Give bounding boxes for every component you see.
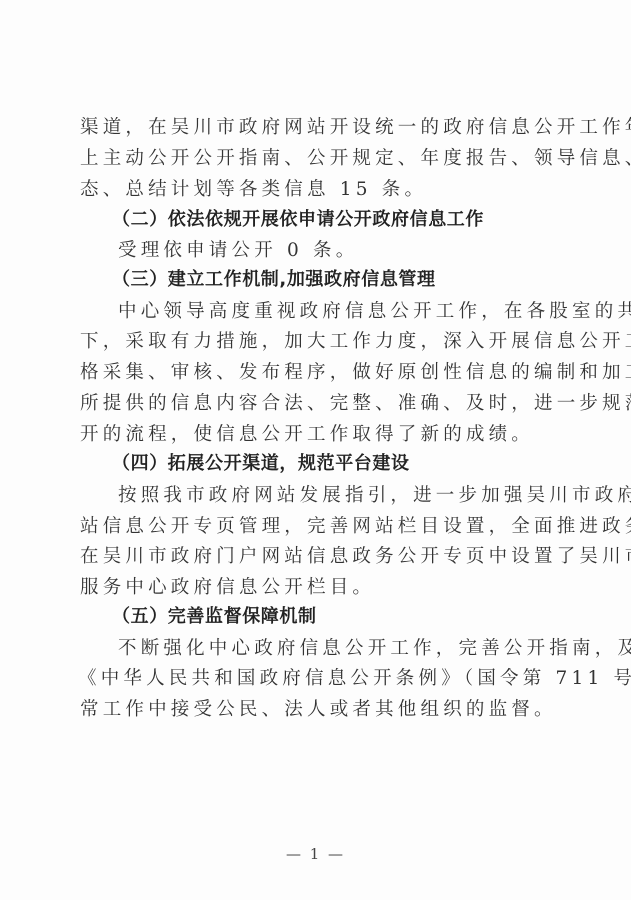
paragraph-line: 常工作中接受公民、法人或者其他组织的监督。 <box>80 698 562 722</box>
paragraph-line: 格采集、审核、发布程序，做好原创性信息的编制和加工，保证 <box>80 361 562 385</box>
page-number: — 1 — <box>0 845 631 863</box>
paragraph-line: 《中华人民共和国政府信息公开条例》（国令第 711 号），在日 <box>78 667 560 691</box>
paragraph-line: 上主动公开公开指南、公开规定、年度报告、领导信息、工作动 <box>80 147 562 171</box>
paragraph-line: 受理依申请公开 0 条。 <box>118 239 562 263</box>
paragraph-line: 下，采取有力措施，加大工作力度，深入开展信息公开工作。严 <box>80 330 562 354</box>
paragraph-line: 所提供的信息内容合法、完整、准确、及时，进一步规范信息公 <box>80 392 562 416</box>
document-page: 渠道，在吴川市政府网站开设统一的政府信息公开工作年报专栏 上主动公开公开指南、公… <box>0 0 631 900</box>
section-heading-2: （二）依法依规开展依申请公开政府信息工作 <box>112 208 484 232</box>
paragraph-line: 在吴川市政府门户网站信息政务公开专页中设置了吴川市行政 <box>80 545 562 569</box>
paragraph-line: 中心领导高度重视政府信息公开工作，在各股室的共同努力 <box>118 300 562 324</box>
paragraph-line: 态、总结计划等各类信息 15 条。 <box>80 178 562 202</box>
paragraph-line: 按照我市政府网站发展指引，进一步加强吴川市政府门户网 <box>118 484 562 508</box>
paragraph-line: 服务中心政府信息公开栏目。 <box>80 576 562 600</box>
paragraph-line: 不断强化中心政府信息公开工作，完善公开指南，及时公开 <box>118 637 562 661</box>
section-heading-3: （三）建立工作机制,加强政府信息管理 <box>112 268 436 292</box>
paragraph-line: 开的流程，使信息公开工作取得了新的成绩。 <box>80 423 562 447</box>
section-heading-5: （五）完善监督保障机制 <box>112 605 317 629</box>
paragraph-line: 站信息公开专页管理，完善网站栏目设置，全面推进政务公开。 <box>80 515 562 539</box>
paragraph-line: 渠道，在吴川市政府网站开设统一的政府信息公开工作年报专栏 <box>80 116 562 140</box>
section-heading-4: （四）拓展公开渠道，规范平台建设 <box>112 452 410 476</box>
